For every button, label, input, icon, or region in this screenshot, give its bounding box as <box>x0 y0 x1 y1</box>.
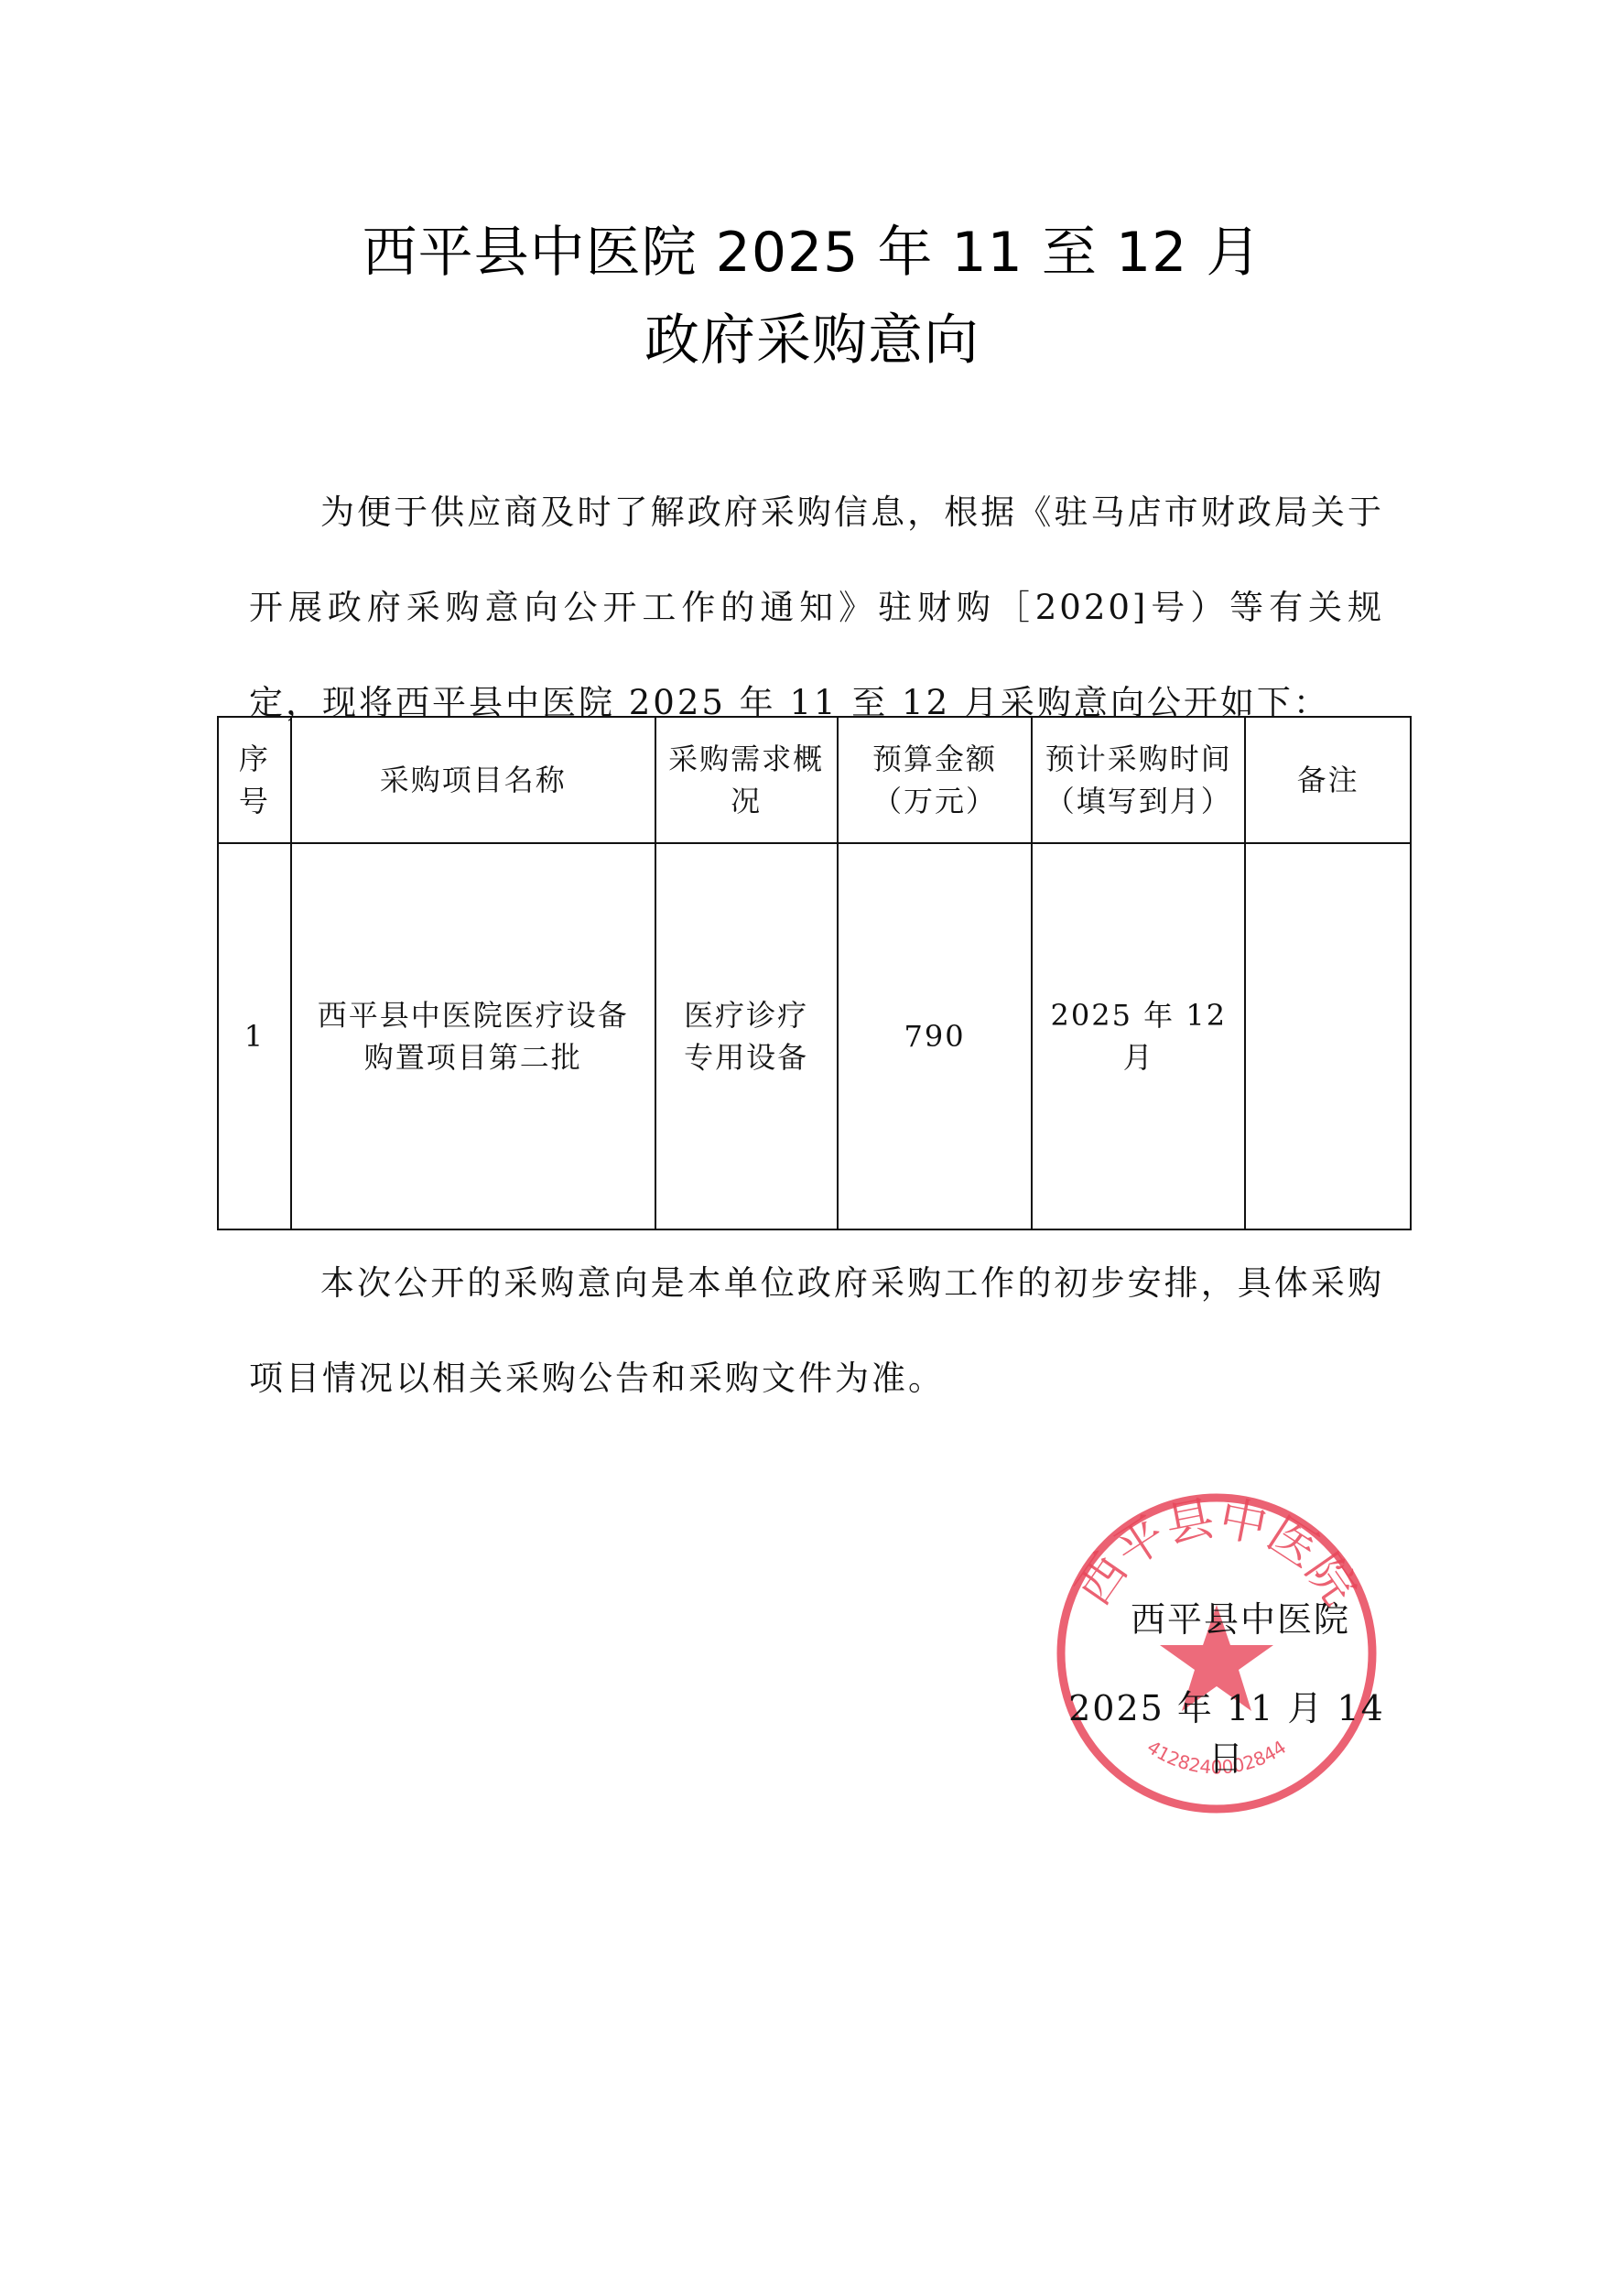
header-budget: 预算金额（万元） <box>838 717 1033 843</box>
closing-paragraph: 本次公开的采购意向是本单位政府采购工作的初步安排，具体采购项目情况以相关采购公告… <box>249 1236 1384 1426</box>
header-no: 序号 <box>218 717 291 843</box>
cell-project-name: 西平县中医院医疗设备购置项目第二批 <box>291 843 655 1229</box>
header-remarks: 备注 <box>1245 717 1411 843</box>
cell-purchase-time: 2025 年 12 月 <box>1032 843 1245 1229</box>
cell-budget: 790 <box>838 843 1033 1229</box>
cell-remarks <box>1245 843 1411 1229</box>
intro-paragraph: 为便于供应商及时了解政府采购信息，根据《驻马店市财政局关于开展政府采购意向公开工… <box>249 465 1384 751</box>
title-line-1: 西平县中医院 2025 年 11 至 12 月 <box>0 209 1624 287</box>
header-demand-summary: 采购需求概况 <box>655 717 838 843</box>
header-project-name: 采购项目名称 <box>291 717 655 843</box>
table-row: 1 西平县中医院医疗设备购置项目第二批 医疗诊疗专用设备 790 2025 年 … <box>218 843 1411 1229</box>
closing-section: 本次公开的采购意向是本单位政府采购工作的初步安排，具体采购项目情况以相关采购公告… <box>249 1236 1384 1426</box>
cell-demand-summary: 医疗诊疗专用设备 <box>655 843 838 1229</box>
signature-organization: 西平县中医院 <box>1094 1591 1387 1641</box>
table-header-row: 序号 采购项目名称 采购需求概况 预算金额（万元） 预计采购时间（填写到月） 备… <box>218 717 1411 843</box>
signature-date: 2025 年 11 月 14 日 <box>1053 1680 1401 1781</box>
cell-no: 1 <box>218 843 291 1229</box>
title-line-2: 政府采购意向 <box>0 297 1624 375</box>
procurement-table: 序号 采购项目名称 采购需求概况 预算金额（万元） 预计采购时间（填写到月） 备… <box>217 716 1412 1230</box>
header-purchase-time: 预计采购时间（填写到月） <box>1032 717 1245 843</box>
intro-section: 为便于供应商及时了解政府采购信息，根据《驻马店市财政局关于开展政府采购意向公开工… <box>249 465 1384 751</box>
